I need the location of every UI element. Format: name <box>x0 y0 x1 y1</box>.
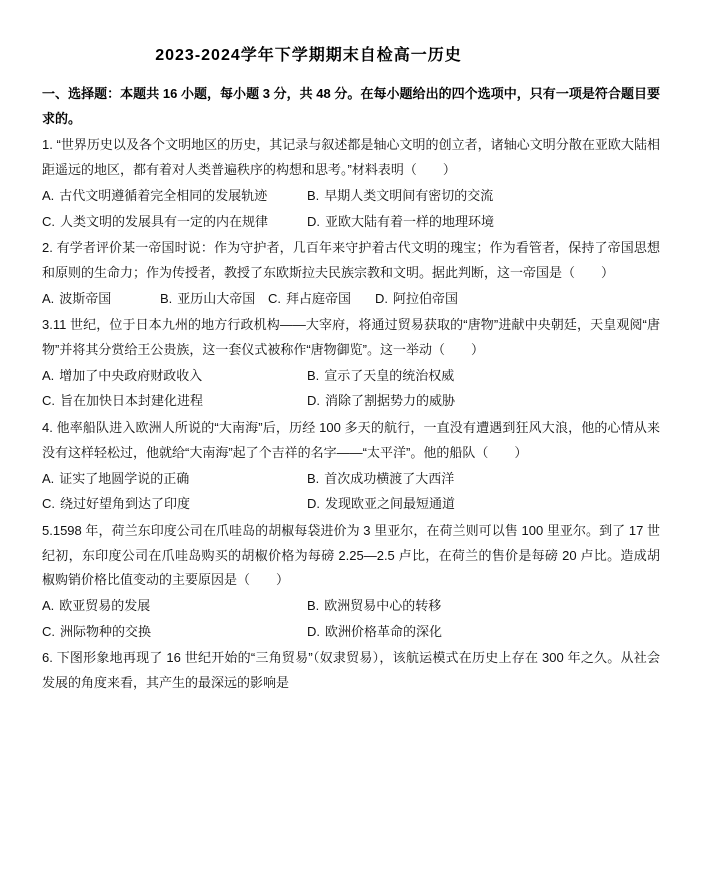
question-block-5: 5.1598 年，荷兰东印度公司在爪哇岛的胡椒每袋进价为 3 里亚尔，在荷兰则可… <box>42 519 660 645</box>
options-grid: A.古代文明遵循着完全相同的发展轨迹 B.早期人类文明间有密切的交流 C.人类文… <box>42 184 660 234</box>
option-a: A.增加了中央政府财政收入 <box>42 364 307 389</box>
option-label: B. <box>307 368 319 383</box>
option-label: C. <box>42 214 55 229</box>
option-text: 亚历山大帝国 <box>177 291 255 306</box>
option-text: 旨在加快日本封建化进程 <box>60 393 203 408</box>
option-d: D.亚欧大陆有着一样的地理环境 <box>307 210 660 235</box>
option-label: C. <box>42 496 55 511</box>
option-a: A.欧亚贸易的发展 <box>42 594 307 619</box>
option-a: A.证实了地圆学说的正确 <box>42 467 307 492</box>
option-text: 早期人类文明间有密切的交流 <box>324 188 493 203</box>
option-label: A. <box>42 471 54 486</box>
option-text: 阿拉伯帝国 <box>393 291 458 306</box>
option-text: 亚欧大陆有着一样的地理环境 <box>325 214 494 229</box>
option-b: B.欧洲贸易中心的转移 <box>307 594 660 619</box>
option-label: D. <box>307 393 320 408</box>
option-label: B. <box>307 598 319 613</box>
options-grid: A.证实了地圆学说的正确 B.首次成功横渡了大西洋 C.绕过好望角到达了印度 D… <box>42 467 660 517</box>
question-stem: 1. “世界历史以及各个文明地区的历史，其记录与叙述都是轴心文明的创立者，诸轴心… <box>42 133 660 182</box>
question-block-4: 4. 他率船队进入欧洲人所说的“大南海”后，历经 100 多天的航行，一直没有遭… <box>42 416 660 517</box>
option-label: A. <box>42 598 54 613</box>
option-text: 首次成功横渡了大西洋 <box>324 471 454 486</box>
option-b: B.宣示了天皇的统治权威 <box>307 364 660 389</box>
option-label: B. <box>307 188 319 203</box>
option-label: C. <box>268 291 281 306</box>
option-label: B. <box>160 291 172 306</box>
option-text: 宣示了天皇的统治权威 <box>324 368 454 383</box>
option-text: 增加了中央政府财政收入 <box>59 368 202 383</box>
question-block-2: 2. 有学者评价某一帝国时说：作为守护者，几百年来守护着古代文明的瑰宝；作为看管… <box>42 236 660 311</box>
option-text: 欧亚贸易的发展 <box>59 598 150 613</box>
option-label: D. <box>307 214 320 229</box>
option-b: B.首次成功横渡了大西洋 <box>307 467 660 492</box>
page-title: 2023-2024学年下学期期末自检高一历史 <box>42 45 575 67</box>
option-label: D. <box>307 624 320 639</box>
question-block-3: 3.11 世纪，位于日本九州的地方行政机构——大宰府，将通过贸易获取的“唐物”进… <box>42 313 660 414</box>
question-block-1: 1. “世界历史以及各个文明地区的历史，其记录与叙述都是轴心文明的创立者，诸轴心… <box>42 133 660 234</box>
option-text: 欧洲贸易中心的转移 <box>324 598 441 613</box>
option-text: 拜占庭帝国 <box>286 291 351 306</box>
option-text: 洲际物种的交换 <box>60 624 151 639</box>
question-stem: 5.1598 年，荷兰东印度公司在爪哇岛的胡椒每袋进价为 3 里亚尔，在荷兰则可… <box>42 519 660 593</box>
option-c: C.旨在加快日本封建化进程 <box>42 389 307 414</box>
question-stem: 2. 有学者评价某一帝国时说：作为守护者，几百年来守护着古代文明的瑰宝；作为看管… <box>42 236 660 285</box>
option-b: B.亚历山大帝国 <box>160 287 268 312</box>
option-text: 欧洲价格革命的深化 <box>325 624 442 639</box>
option-a: A.古代文明遵循着完全相同的发展轨迹 <box>42 184 307 209</box>
question-stem: 3.11 世纪，位于日本九州的地方行政机构——大宰府，将通过贸易获取的“唐物”进… <box>42 313 660 362</box>
options-grid: A.波斯帝国 B.亚历山大帝国 C.拜占庭帝国 D.阿拉伯帝国 <box>42 287 660 312</box>
option-text: 波斯帝国 <box>59 291 111 306</box>
exam-page: 2023-2024学年下学期期末自检高一历史 一、选择题：本题共 16 小题，每… <box>0 0 701 877</box>
options-grid: A.欧亚贸易的发展 B.欧洲贸易中心的转移 C.洲际物种的交换 D.欧洲价格革命… <box>42 594 660 644</box>
option-c: C.拜占庭帝国 <box>268 287 375 312</box>
option-text: 发现欧亚之间最短通道 <box>325 496 455 511</box>
option-c: C.洲际物种的交换 <box>42 620 307 645</box>
option-label: B. <box>307 471 319 486</box>
option-d: D.消除了割据势力的威胁 <box>307 389 660 414</box>
option-c: C.绕过好望角到达了印度 <box>42 492 307 517</box>
option-text: 绕过好望角到达了印度 <box>60 496 190 511</box>
option-label: D. <box>375 291 388 306</box>
option-c: C.人类文明的发展具有一定的内在规律 <box>42 210 307 235</box>
option-text: 人类文明的发展具有一定的内在规律 <box>60 214 268 229</box>
question-stem: 6. 下图形象地再现了 16 世纪开始的“三角贸易”（奴隶贸易），该航运模式在历… <box>42 646 660 695</box>
option-label: A. <box>42 291 54 306</box>
option-label: C. <box>42 624 55 639</box>
option-label: A. <box>42 188 54 203</box>
question-stem: 4. 他率船队进入欧洲人所说的“大南海”后，历经 100 多天的航行，一直没有遭… <box>42 416 660 465</box>
option-text: 证实了地圆学说的正确 <box>59 471 189 486</box>
option-text: 消除了割据势力的威胁 <box>325 393 455 408</box>
option-label: A. <box>42 368 54 383</box>
option-text: 古代文明遵循着完全相同的发展轨迹 <box>59 188 267 203</box>
question-block-6: 6. 下图形象地再现了 16 世纪开始的“三角贸易”（奴隶贸易），该航运模式在历… <box>42 646 660 695</box>
option-d: D.阿拉伯帝国 <box>375 287 660 312</box>
option-b: B.早期人类文明间有密切的交流 <box>307 184 660 209</box>
options-grid: A.增加了中央政府财政收入 B.宣示了天皇的统治权威 C.旨在加快日本封建化进程… <box>42 364 660 414</box>
option-d: D.欧洲价格革命的深化 <box>307 620 660 645</box>
option-label: D. <box>307 496 320 511</box>
section-header: 一、选择题：本题共 16 小题，每小题 3 分，共 48 分。在每小题给出的四个… <box>42 82 660 131</box>
option-label: C. <box>42 393 55 408</box>
option-a: A.波斯帝国 <box>42 287 160 312</box>
option-d: D.发现欧亚之间最短通道 <box>307 492 660 517</box>
